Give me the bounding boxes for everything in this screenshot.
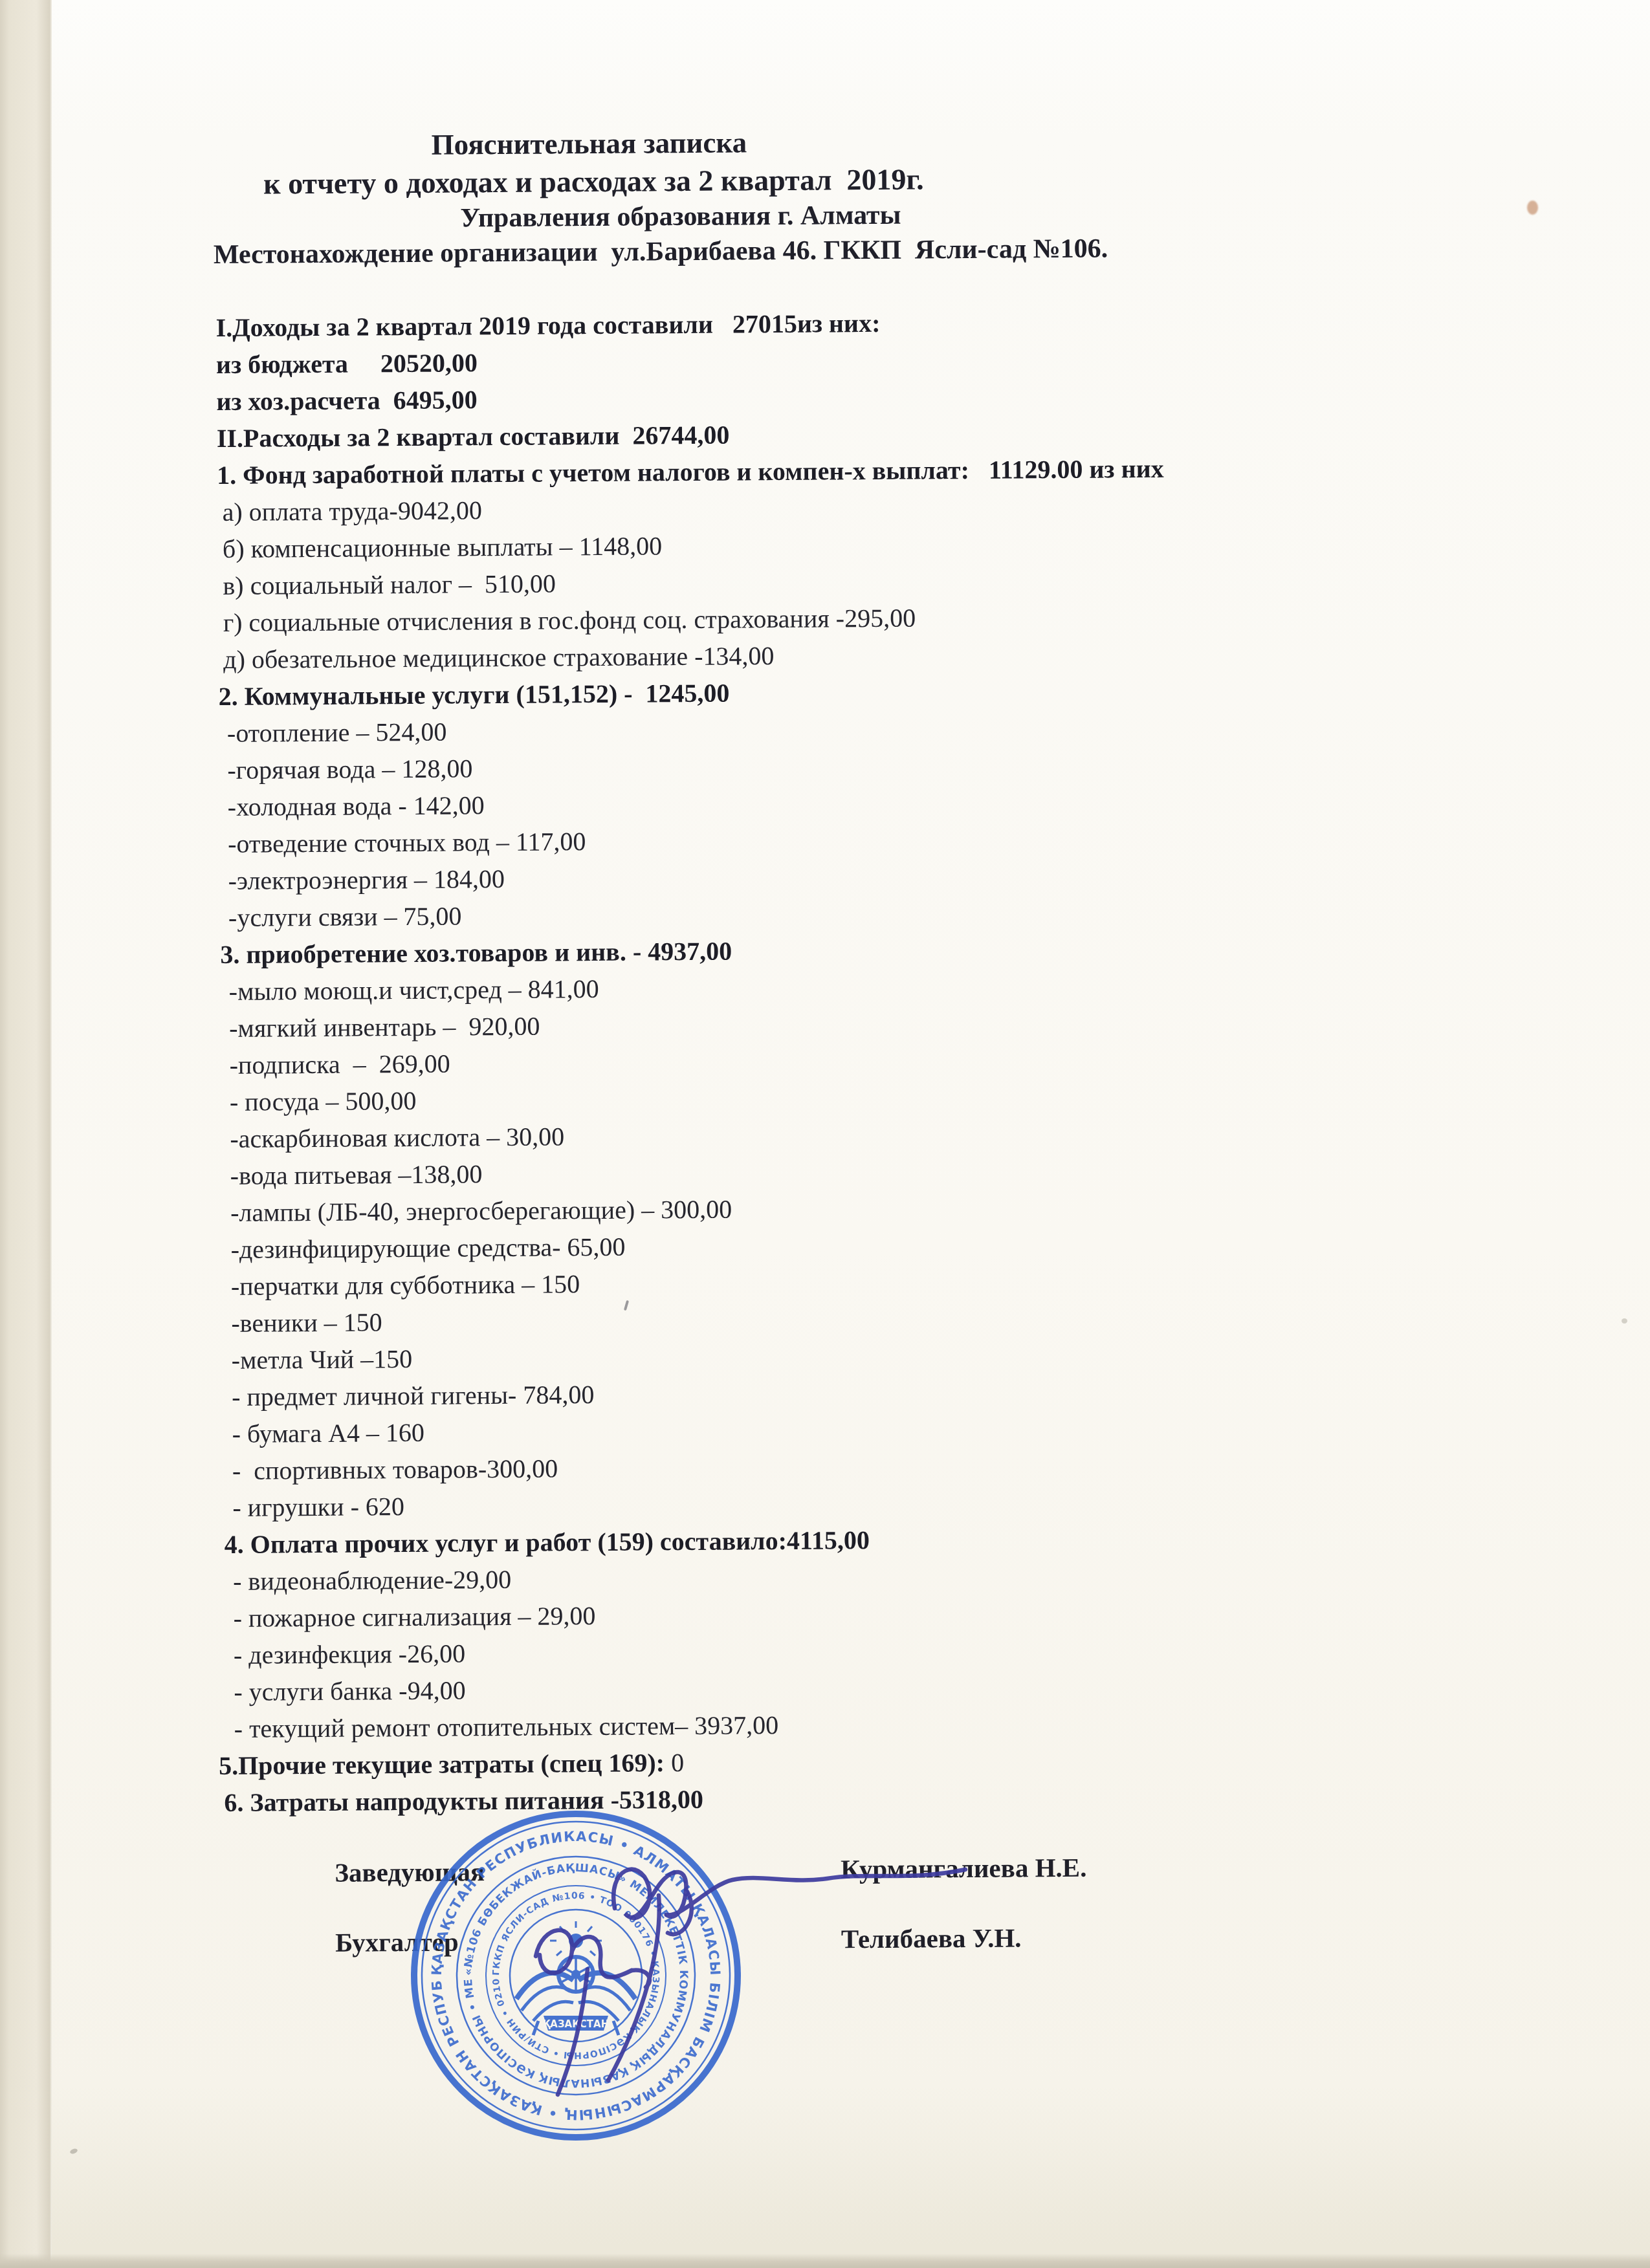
doc-line-item: - услуги банка -94,00 xyxy=(234,1667,1172,1710)
doc-line-other-current-costs: 5.Прочие текущие затраты (спец 169): 0 xyxy=(219,1741,1173,1784)
doc-line-self-account: из хоз.расчета 6495,00 xyxy=(216,376,1163,420)
doc-line-item: - игрушки - 620 xyxy=(232,1483,1171,1526)
scanner-bottom-edge xyxy=(0,2254,1650,2268)
doc-line-item: - текущий ремонт отопительных систем– 39… xyxy=(234,1704,1173,1747)
doc-line-item: -горячая вода – 128,00 xyxy=(227,745,1166,789)
doc-line-household-goods: 3. приобретение хоз.товаров и инв. - 493… xyxy=(220,930,1167,973)
doc-line-item: г) социальные отчисления в гос.фонд соц.… xyxy=(223,598,1165,641)
doc-line-income-total: I.Доходы за 2 квартал 2019 года составил… xyxy=(215,303,1163,346)
doc-line-item: -отведение сточных вод – 117,00 xyxy=(228,819,1167,862)
page-title-line-2: к отчету о доходах и расходах за 2 кварт… xyxy=(263,162,924,201)
doc-line-item: -подписка – 269,00 xyxy=(229,1040,1168,1084)
doc-line-item: -метла Чий –150 xyxy=(232,1335,1171,1379)
doc-line-item: б) компенсационные выплаты – 1148,00 xyxy=(223,524,1165,567)
page-title-line-3: Управления образования г. Алматы xyxy=(460,200,901,234)
doc-line-value: 0 xyxy=(671,1748,684,1777)
doc-line-item: -перчатки для субботника – 150 xyxy=(231,1261,1170,1305)
doc-line-item: -лампы (ЛБ-40, энергосберегающие) – 300,… xyxy=(230,1188,1169,1231)
doc-line-item: - видеонаблюдение-29,00 xyxy=(233,1556,1172,1600)
doc-line-expenses-total: II.Расходы за 2 квартал составили 26744,… xyxy=(217,413,1164,457)
doc-line-item: - спортивных товаров-300,00 xyxy=(232,1446,1171,1489)
doc-line-item: -дезинфицирующие средства- 65,00 xyxy=(230,1225,1169,1268)
doc-line-item: - предмет личной гигены- 784,00 xyxy=(232,1372,1171,1415)
report-body: I.Доходы за 2 квартал 2019 года составил… xyxy=(215,303,1173,1821)
doc-line-item: - дезинфекция -26,00 xyxy=(234,1630,1172,1674)
doc-line-prefix: 5.Прочие текущие затраты (спец 169): xyxy=(219,1748,671,1780)
doc-line-item: -мягкий инвентарь – 920,00 xyxy=(229,1003,1168,1047)
doc-line-item: -услуги связи – 75,00 xyxy=(228,893,1167,936)
doc-line-item: -электроэнергия – 184,00 xyxy=(228,856,1167,899)
doc-line-item: -аскарбиновая кислота – 30,00 xyxy=(230,1114,1169,1157)
accountant-signature xyxy=(536,1930,650,2095)
doc-line-item: - посуда – 500,00 xyxy=(230,1077,1169,1120)
doc-line-item: в) социальный налог – 510,00 xyxy=(223,561,1165,604)
handwritten-signatures xyxy=(453,1823,1022,2127)
paper-stain-artifact xyxy=(1527,201,1538,215)
director-signature xyxy=(608,1870,965,2080)
scan-speck-artifact xyxy=(1622,1318,1627,1324)
doc-line-item: -холодная вода - 142,00 xyxy=(228,782,1167,825)
doc-line-item: -мыло моющ.и чист,сред – 841,00 xyxy=(229,966,1168,1010)
doc-line-wage-fund: 1. Фонд заработной платы с учетом налого… xyxy=(217,450,1164,494)
doc-line-item: - пожарное сигнализация – 29,00 xyxy=(233,1593,1172,1637)
doc-line-item: - бумага А4 – 160 xyxy=(232,1409,1171,1452)
doc-line-item: -вода питьевая –138,00 xyxy=(230,1151,1169,1194)
doc-line-budget: из бюджета 20520,00 xyxy=(216,340,1163,383)
organization-location-line: Местонахождение организации ул.Барибаева… xyxy=(214,233,1108,270)
doc-line-item: -отопление – 524,00 xyxy=(227,708,1166,752)
doc-line-item: д) обезательное медицинское страхование … xyxy=(223,635,1165,678)
doc-line-item: -веники – 150 xyxy=(231,1298,1170,1342)
doc-line-utilities: 2. Коммунальные услуги (151,152) - 1245,… xyxy=(218,671,1165,715)
page-title-line-1: Пояснительная записка xyxy=(431,125,747,161)
doc-line-item: а) оплата труда-9042,00 xyxy=(222,487,1164,530)
doc-line-other-services: 4. Оплата прочих услуг и работ (159) сос… xyxy=(225,1520,1172,1563)
